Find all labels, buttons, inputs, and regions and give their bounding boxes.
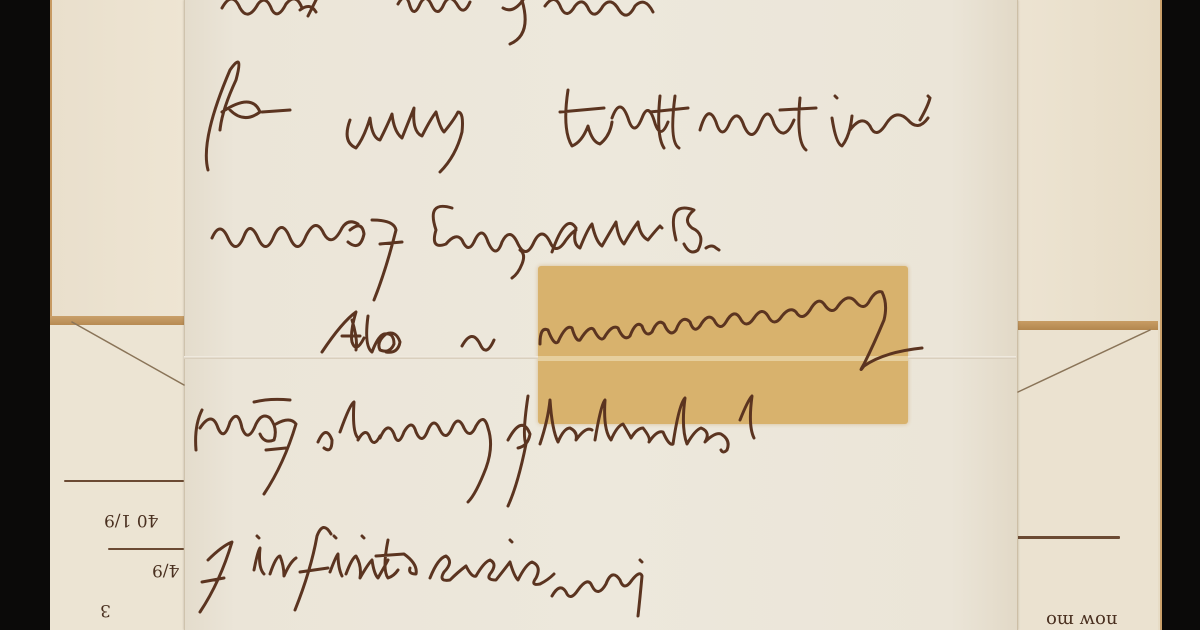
- handwriting-ink-strokes: [0, 0, 1200, 630]
